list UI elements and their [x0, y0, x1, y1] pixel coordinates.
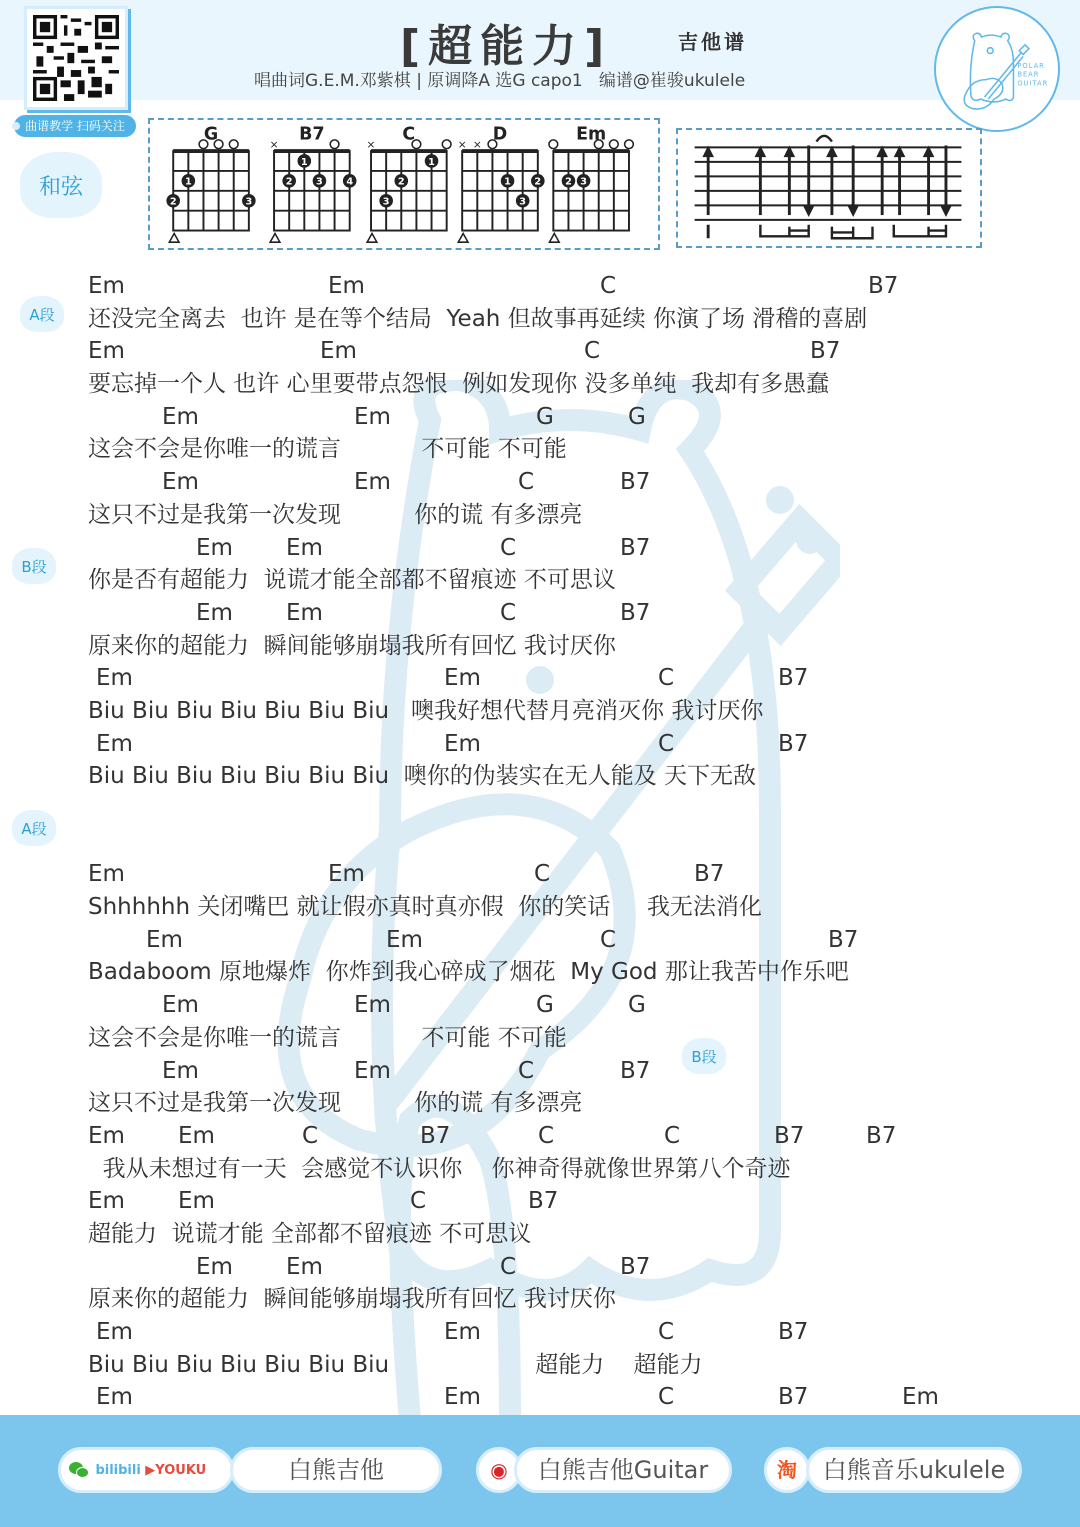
- chord-symbol: B7: [420, 1120, 450, 1153]
- chord-symbol: C: [664, 1120, 680, 1153]
- chord-symbol: C: [584, 335, 600, 368]
- strum-down-arrow: [803, 145, 815, 217]
- chord-diagram-g: G123: [166, 124, 255, 242]
- svg-text:2: 2: [286, 177, 293, 188]
- chord-symbol: B7: [620, 597, 650, 630]
- chord-line: EmEmCB7: [88, 597, 1048, 630]
- chord-symbol: C: [534, 858, 550, 891]
- qr-code-icon: [33, 15, 119, 101]
- lyrics-sheet: EmEmCB7还没完全离去 也许 是在等个结局 Yeah 但故事再延续 你演了场…: [88, 270, 1048, 1447]
- svg-text:×: ×: [473, 138, 482, 151]
- svg-text:1: 1: [428, 157, 435, 168]
- logo-text-polar: POLAR: [1017, 62, 1045, 70]
- svg-text:3: 3: [383, 197, 390, 208]
- chord-symbol: C: [600, 924, 616, 957]
- chord-symbol: Em: [196, 532, 233, 565]
- bilibili-icon: bilibili: [95, 1463, 140, 1478]
- chord-symbol: B7: [778, 1381, 808, 1414]
- svg-text:×: ×: [270, 138, 279, 151]
- lyric-line: Shhhhhh 关闭嘴巴 就让假亦真时真亦假 你的笑话 我无法消化: [88, 891, 1048, 924]
- chord-line: EmEmCB7: [88, 270, 1048, 303]
- chord-symbol: Em: [96, 1316, 133, 1349]
- lyric-line: 这只不过是我第一次发现 你的谎 有多漂亮: [88, 499, 1048, 532]
- svg-text:1: 1: [504, 177, 511, 188]
- chord-line: EmEmCB7: [88, 1055, 1048, 1088]
- chord-line: EmEmGG: [88, 401, 1048, 434]
- qr-code[interactable]: [24, 6, 128, 110]
- lyric-line: 超能力 说谎才能 全部都不留痕迹 不可思议: [88, 1218, 1048, 1251]
- chord-symbol: C: [302, 1120, 318, 1153]
- svg-text:2: 2: [565, 177, 572, 188]
- footer-bar: bilibili ▶YOUKU 白熊吉他 ◉ 白熊吉他Guitar 淘 白熊音乐…: [0, 1415, 1080, 1527]
- chord-line: EmEmCB7: [88, 1185, 1048, 1218]
- chord-symbol: C: [500, 597, 516, 630]
- lyric-line: 这会不会是你唯一的谎言 不可能 不可能: [88, 433, 1048, 466]
- chord-symbol: Em: [88, 335, 125, 368]
- chord-symbol: Em: [162, 466, 199, 499]
- svg-text:1: 1: [185, 177, 192, 188]
- chord-symbol: Em: [286, 532, 323, 565]
- chord-symbol: Em: [88, 1185, 125, 1218]
- chord-line: [88, 793, 1048, 826]
- chord-diagram-b7: B7×1234: [270, 124, 357, 242]
- chord-symbol: C: [410, 1185, 426, 1218]
- lyric-line: Biu Biu Biu Biu Biu Biu Biu 噢我好想代替月亮消灭你 …: [88, 695, 1048, 728]
- chord-symbol: Em: [162, 989, 199, 1022]
- chord-line: EmEmCB7CCB7B7: [88, 1120, 1048, 1153]
- chord-line: EmEmCB7: [88, 532, 1048, 565]
- chord-diagrams-graphic: G123B7×1234C×123D××123Em23: [150, 120, 658, 248]
- chord-symbol: B7: [868, 270, 898, 303]
- chord-name: B7: [299, 124, 324, 144]
- chord-symbol: Em: [162, 401, 199, 434]
- chord-symbol: B7: [528, 1185, 558, 1218]
- polar-bear-guitar-logo: POLAR BEAR GUITAR: [934, 6, 1060, 132]
- svg-text:2: 2: [170, 197, 177, 208]
- chord-symbol: B7: [774, 1120, 804, 1153]
- chord-symbol: G: [536, 989, 554, 1022]
- svg-text:×: ×: [367, 138, 376, 151]
- lyric-line: 要忘掉一个人 也许 心里要带点怨恨 例如发现你 没多单纯 我却有多愚蠢: [88, 368, 1048, 401]
- chord-symbol: C: [518, 466, 534, 499]
- chord-symbol: Em: [354, 989, 391, 1022]
- chord-symbol: B7: [620, 1251, 650, 1284]
- chord-symbol: Em: [88, 270, 125, 303]
- svg-text:2: 2: [534, 177, 541, 188]
- chord-symbol: B7: [778, 1316, 808, 1349]
- strum-down-arrow: [847, 145, 859, 217]
- svg-text:×: ×: [458, 138, 467, 151]
- chord-symbol: Em: [328, 270, 365, 303]
- svg-text:4: 4: [346, 177, 353, 188]
- chord-symbol: G: [628, 989, 646, 1022]
- chord-symbol: Em: [162, 1055, 199, 1088]
- chord-symbol: Em: [386, 924, 423, 957]
- chord-symbol: Em: [354, 401, 391, 434]
- wechat-icon: [69, 1462, 91, 1478]
- chord-symbol: Em: [354, 466, 391, 499]
- chord-symbol: Em: [178, 1120, 215, 1153]
- chord-symbol: Em: [444, 728, 481, 761]
- svg-text:2: 2: [398, 177, 405, 188]
- lyric-line: 你是否有超能力 说谎才能全部都不留痕迹 不可思议: [88, 564, 1048, 597]
- song-title: [超能力]: [400, 10, 612, 74]
- chord-symbol: Em: [196, 1251, 233, 1284]
- chord-symbol: Em: [444, 1381, 481, 1414]
- lyric-line: 这只不过是我第一次发现 你的谎 有多漂亮: [88, 1087, 1048, 1120]
- chord-symbol: Em: [444, 662, 481, 695]
- chord-symbol: C: [658, 1381, 674, 1414]
- chord-diagram-c: C×123: [367, 124, 451, 242]
- channel-pill-weibo[interactable]: 白熊吉他Guitar: [514, 1447, 732, 1493]
- chord-line: EmEmCB7: [88, 728, 1048, 761]
- chord-symbol: Em: [444, 1316, 481, 1349]
- sheet-type-label: 吉他谱: [678, 26, 747, 55]
- chord-symbol: B7: [866, 1120, 896, 1153]
- channel-pill-video[interactable]: 白熊吉他: [230, 1447, 442, 1493]
- chord-symbol: C: [518, 1055, 534, 1088]
- svg-text:1: 1: [301, 157, 308, 168]
- chord-diagrams-panel: G123B7×1234C×123D××123Em23: [148, 118, 660, 250]
- chord-diagram-em: Em23: [549, 124, 633, 242]
- chord-symbol: C: [658, 662, 674, 695]
- strum-pattern-panel: [676, 128, 982, 248]
- chord-line: EmEmCB7: [88, 1316, 1048, 1349]
- lyric-line: Biu Biu Biu Biu Biu Biu Biu 超能力 超能力: [88, 1349, 1048, 1382]
- qr-caption: 曲谱教学 扫码关注: [14, 115, 136, 137]
- chord-symbol: B7: [620, 1055, 650, 1088]
- chord-symbol: B7: [828, 924, 858, 957]
- svg-text:3: 3: [519, 197, 526, 208]
- chord-symbol: Em: [196, 597, 233, 630]
- chord-symbol: Em: [902, 1381, 939, 1414]
- taobao-icon[interactable]: 淘: [764, 1447, 810, 1493]
- logo-text-guitar: GUITAR: [1017, 79, 1048, 87]
- chord-symbol: G: [628, 401, 646, 434]
- section-marker: A段: [12, 810, 56, 846]
- chord-symbol: C: [658, 1316, 674, 1349]
- chord-symbol: Em: [178, 1185, 215, 1218]
- chord-symbol: B7: [620, 466, 650, 499]
- section-marker: A段: [20, 296, 64, 332]
- lyric-line: 原来你的超能力 瞬间能够崩塌我所有回忆 我讨厌你: [88, 1283, 1048, 1316]
- lyric-line: 还没完全离去 也许 是在等个结局 Yeah 但故事再延续 你演了场 滑稽的喜剧: [88, 303, 1048, 336]
- channel-pill-taobao[interactable]: 白熊音乐ukulele: [806, 1447, 1022, 1493]
- strum-down-arrow: [940, 145, 952, 217]
- svg-text:3: 3: [245, 197, 252, 208]
- chord-symbol: C: [500, 1251, 516, 1284]
- chord-symbol: Em: [96, 1381, 133, 1414]
- lyric-line: 原来你的超能力 瞬间能够崩塌我所有回忆 我讨厌你: [88, 630, 1048, 663]
- chord-line: EmEmCB7: [88, 662, 1048, 695]
- chord-symbol: G: [536, 401, 554, 434]
- chord-line: EmEmGG: [88, 989, 1048, 1022]
- chords-label: 和弦: [20, 152, 102, 218]
- lyric-line: Badaboom 原地爆炸 你炸到我心碎成了烟花 My God 那让我苦中作乐吧: [88, 956, 1048, 989]
- polar-bear-logo-icon: POLAR BEAR GUITAR: [936, 8, 1058, 130]
- chord-symbol: B7: [620, 532, 650, 565]
- chord-line: EmEmCB7: [88, 924, 1048, 957]
- chord-symbol: Em: [328, 858, 365, 891]
- chord-symbol: Em: [354, 1055, 391, 1088]
- svg-text:3: 3: [316, 177, 323, 188]
- chord-symbol: Em: [320, 335, 357, 368]
- platform-pill[interactable]: bilibili ▶YOUKU: [58, 1447, 234, 1493]
- chord-symbol: B7: [778, 728, 808, 761]
- chord-symbol: Em: [286, 1251, 323, 1284]
- chord-symbol: C: [538, 1120, 554, 1153]
- chord-line: EmEmCB7: [88, 1251, 1048, 1284]
- chord-symbol: C: [658, 728, 674, 761]
- svg-text:3: 3: [580, 177, 587, 188]
- strum-pattern-graphic: [678, 130, 980, 246]
- youku-icon: ▶YOUKU: [145, 1463, 206, 1478]
- chord-line: EmEmCB7: [88, 466, 1048, 499]
- chord-symbol: C: [500, 532, 516, 565]
- lyric-line: 我从未想过有一天 会感觉不认识你 你神奇得就像世界第八个奇迹: [88, 1153, 1048, 1186]
- chord-diagram-d: D××123: [458, 124, 545, 242]
- chord-symbol: Em: [96, 662, 133, 695]
- chord-symbol: C: [600, 270, 616, 303]
- chord-symbol: Em: [286, 597, 323, 630]
- chord-symbol: B7: [694, 858, 724, 891]
- chord-line: EmEmCB7: [88, 335, 1048, 368]
- chord-line: EmEmCB7: [88, 858, 1048, 891]
- chord-symbol: Em: [96, 728, 133, 761]
- logo-text-bear: BEAR: [1017, 71, 1039, 79]
- chord-symbol: Em: [88, 858, 125, 891]
- section-marker: B段: [12, 548, 56, 584]
- chord-symbol: Em: [146, 924, 183, 957]
- chord-symbol: B7: [810, 335, 840, 368]
- chord-symbol: B7: [778, 662, 808, 695]
- chord-line: EmEmCB7Em: [88, 1381, 1048, 1414]
- song-meta: 唱曲词G.E.M.邓紫棋 | 原调降A 选G capo1 编谱@崔骏ukulel…: [254, 66, 745, 91]
- lyric-line: Biu Biu Biu Biu Biu Biu Biu 噢你的伪装实在无人能及 …: [88, 760, 1048, 793]
- chord-symbol: Em: [88, 1120, 125, 1153]
- lyric-line: [88, 826, 1048, 859]
- lyric-line: 这会不会是你唯一的谎言 不可能 不可能: [88, 1022, 1048, 1055]
